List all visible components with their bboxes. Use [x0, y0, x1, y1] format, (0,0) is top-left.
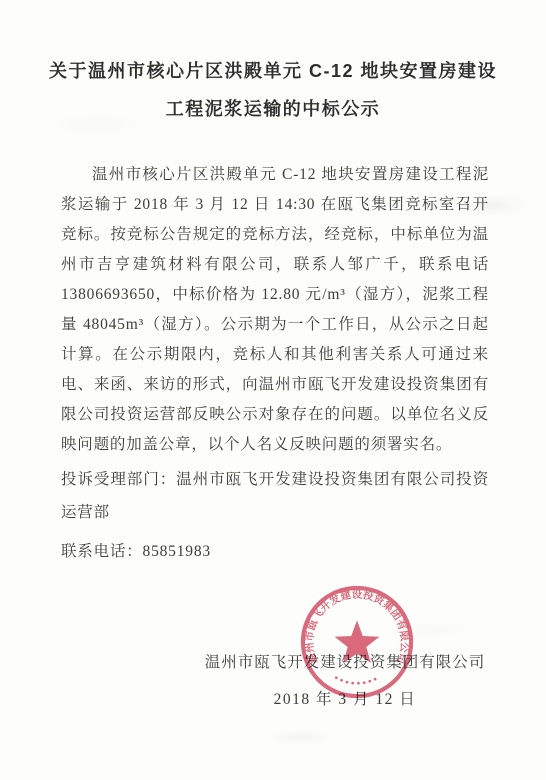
document-title: 关于温州市核心片区洪殿单元 C-12 地块安置房建设 工程泥浆运输的中标公示: [40, 52, 506, 128]
contact-phone-paragraph: 联系电话：85851983: [61, 539, 211, 561]
title-line-2: 工程泥浆运输的中标公示: [40, 90, 506, 128]
signature-date: 2018 年 3 月 12 日: [160, 687, 530, 709]
document-page: 关于温州市核心片区洪殿单元 C-12 地块安置房建设 工程泥浆运输的中标公示 温…: [0, 0, 546, 780]
complaint-dept-paragraph: 投诉受理部门：温州市瓯飞开发建设投资集团有限公司投资运营部: [61, 463, 489, 529]
contact-phone-value: 85851983: [143, 543, 211, 560]
title-line-1: 关于温州市核心片区洪殿单元 C-12 地块安置房建设: [40, 52, 506, 90]
complaint-dept-label: 投诉受理部门：: [61, 471, 176, 488]
signature-company: 温州市瓯飞开发建设投资集团有限公司: [160, 652, 530, 674]
contact-phone-label: 联系电话：: [61, 543, 143, 560]
body-paragraph: 温州市核心片区洪殿单元 C-12 地块安置房建设工程泥浆运输于 2018 年 3…: [61, 160, 489, 460]
signature-block: 温州市瓯飞开发建设投资集团有限公司 2018 年 3 月 12 日: [160, 652, 530, 709]
